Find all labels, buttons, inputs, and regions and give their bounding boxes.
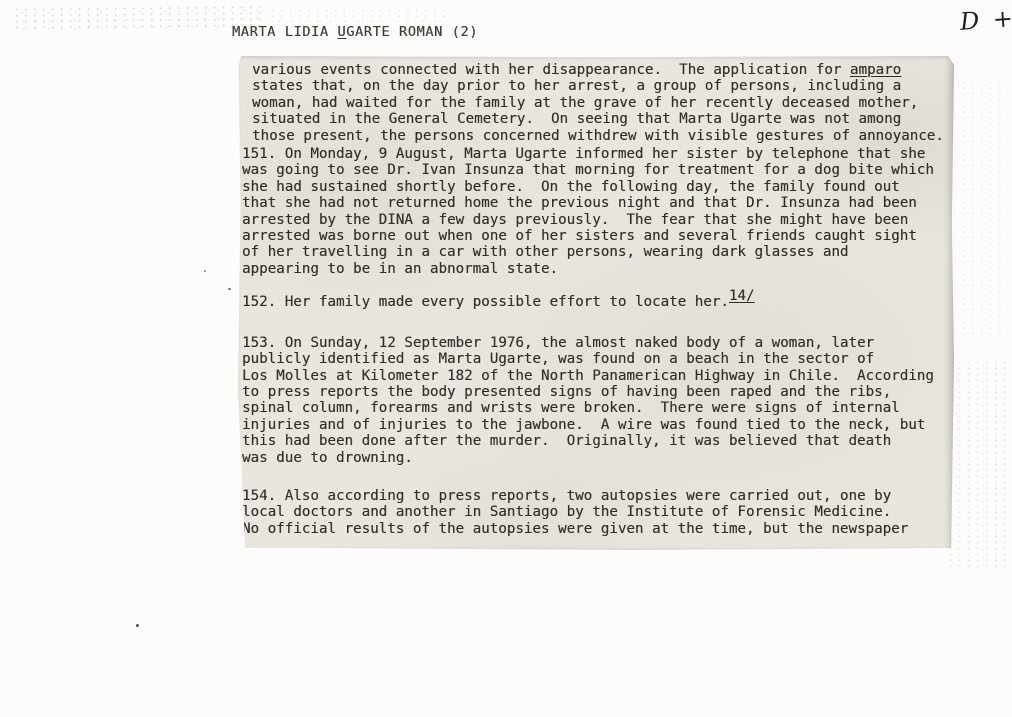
paragraph-152-text: 152. Her family made every possible effo…: [242, 294, 729, 310]
paragraph-154: 154. Also according to press reports, tw…: [242, 488, 954, 537]
paragraph-153: 153. On Sunday, 12 September 1976, the a…: [242, 335, 954, 466]
scanner-noise-band-top-left: [14, 5, 264, 32]
paragraph-151: 151. On Monday, 9 August, Marta Ugarte i…: [242, 146, 954, 277]
scanned-document-page: D + MARTA LIDIA UGARTE ROMAN (2) various…: [0, 0, 1012, 717]
paragraph-152: 152. Her family made every possible effo…: [242, 294, 954, 310]
paragraph-intro-continuation: various events connected with her disapp…: [242, 62, 954, 144]
ink-speck: [228, 288, 231, 290]
footnote-reference-14: 14/: [729, 288, 755, 304]
document-title-part: GARTE ROMAN (2): [346, 24, 478, 40]
ink-speck: [136, 624, 139, 627]
photocopied-text-block: various events connected with her disapp…: [238, 56, 954, 550]
document-title-part: MARTA LIDIA: [232, 24, 337, 40]
document-title-underlined-letter: U: [337, 24, 346, 40]
handwritten-corner-mark: D +: [959, 4, 1012, 36]
intro-text: states that, on the day prior to her arr…: [252, 78, 944, 143]
scanner-noise-band-right-lower: [948, 360, 1006, 570]
intro-text: various events connected with her disapp…: [252, 62, 850, 78]
ink-speck: [204, 270, 206, 272]
amparo-underlined-term: amparo: [850, 62, 901, 78]
scanner-noise-band-right-upper: [952, 80, 1004, 340]
scanner-noise-band-top-center: [270, 8, 450, 22]
document-title: MARTA LIDIA UGARTE ROMAN (2): [232, 24, 478, 40]
